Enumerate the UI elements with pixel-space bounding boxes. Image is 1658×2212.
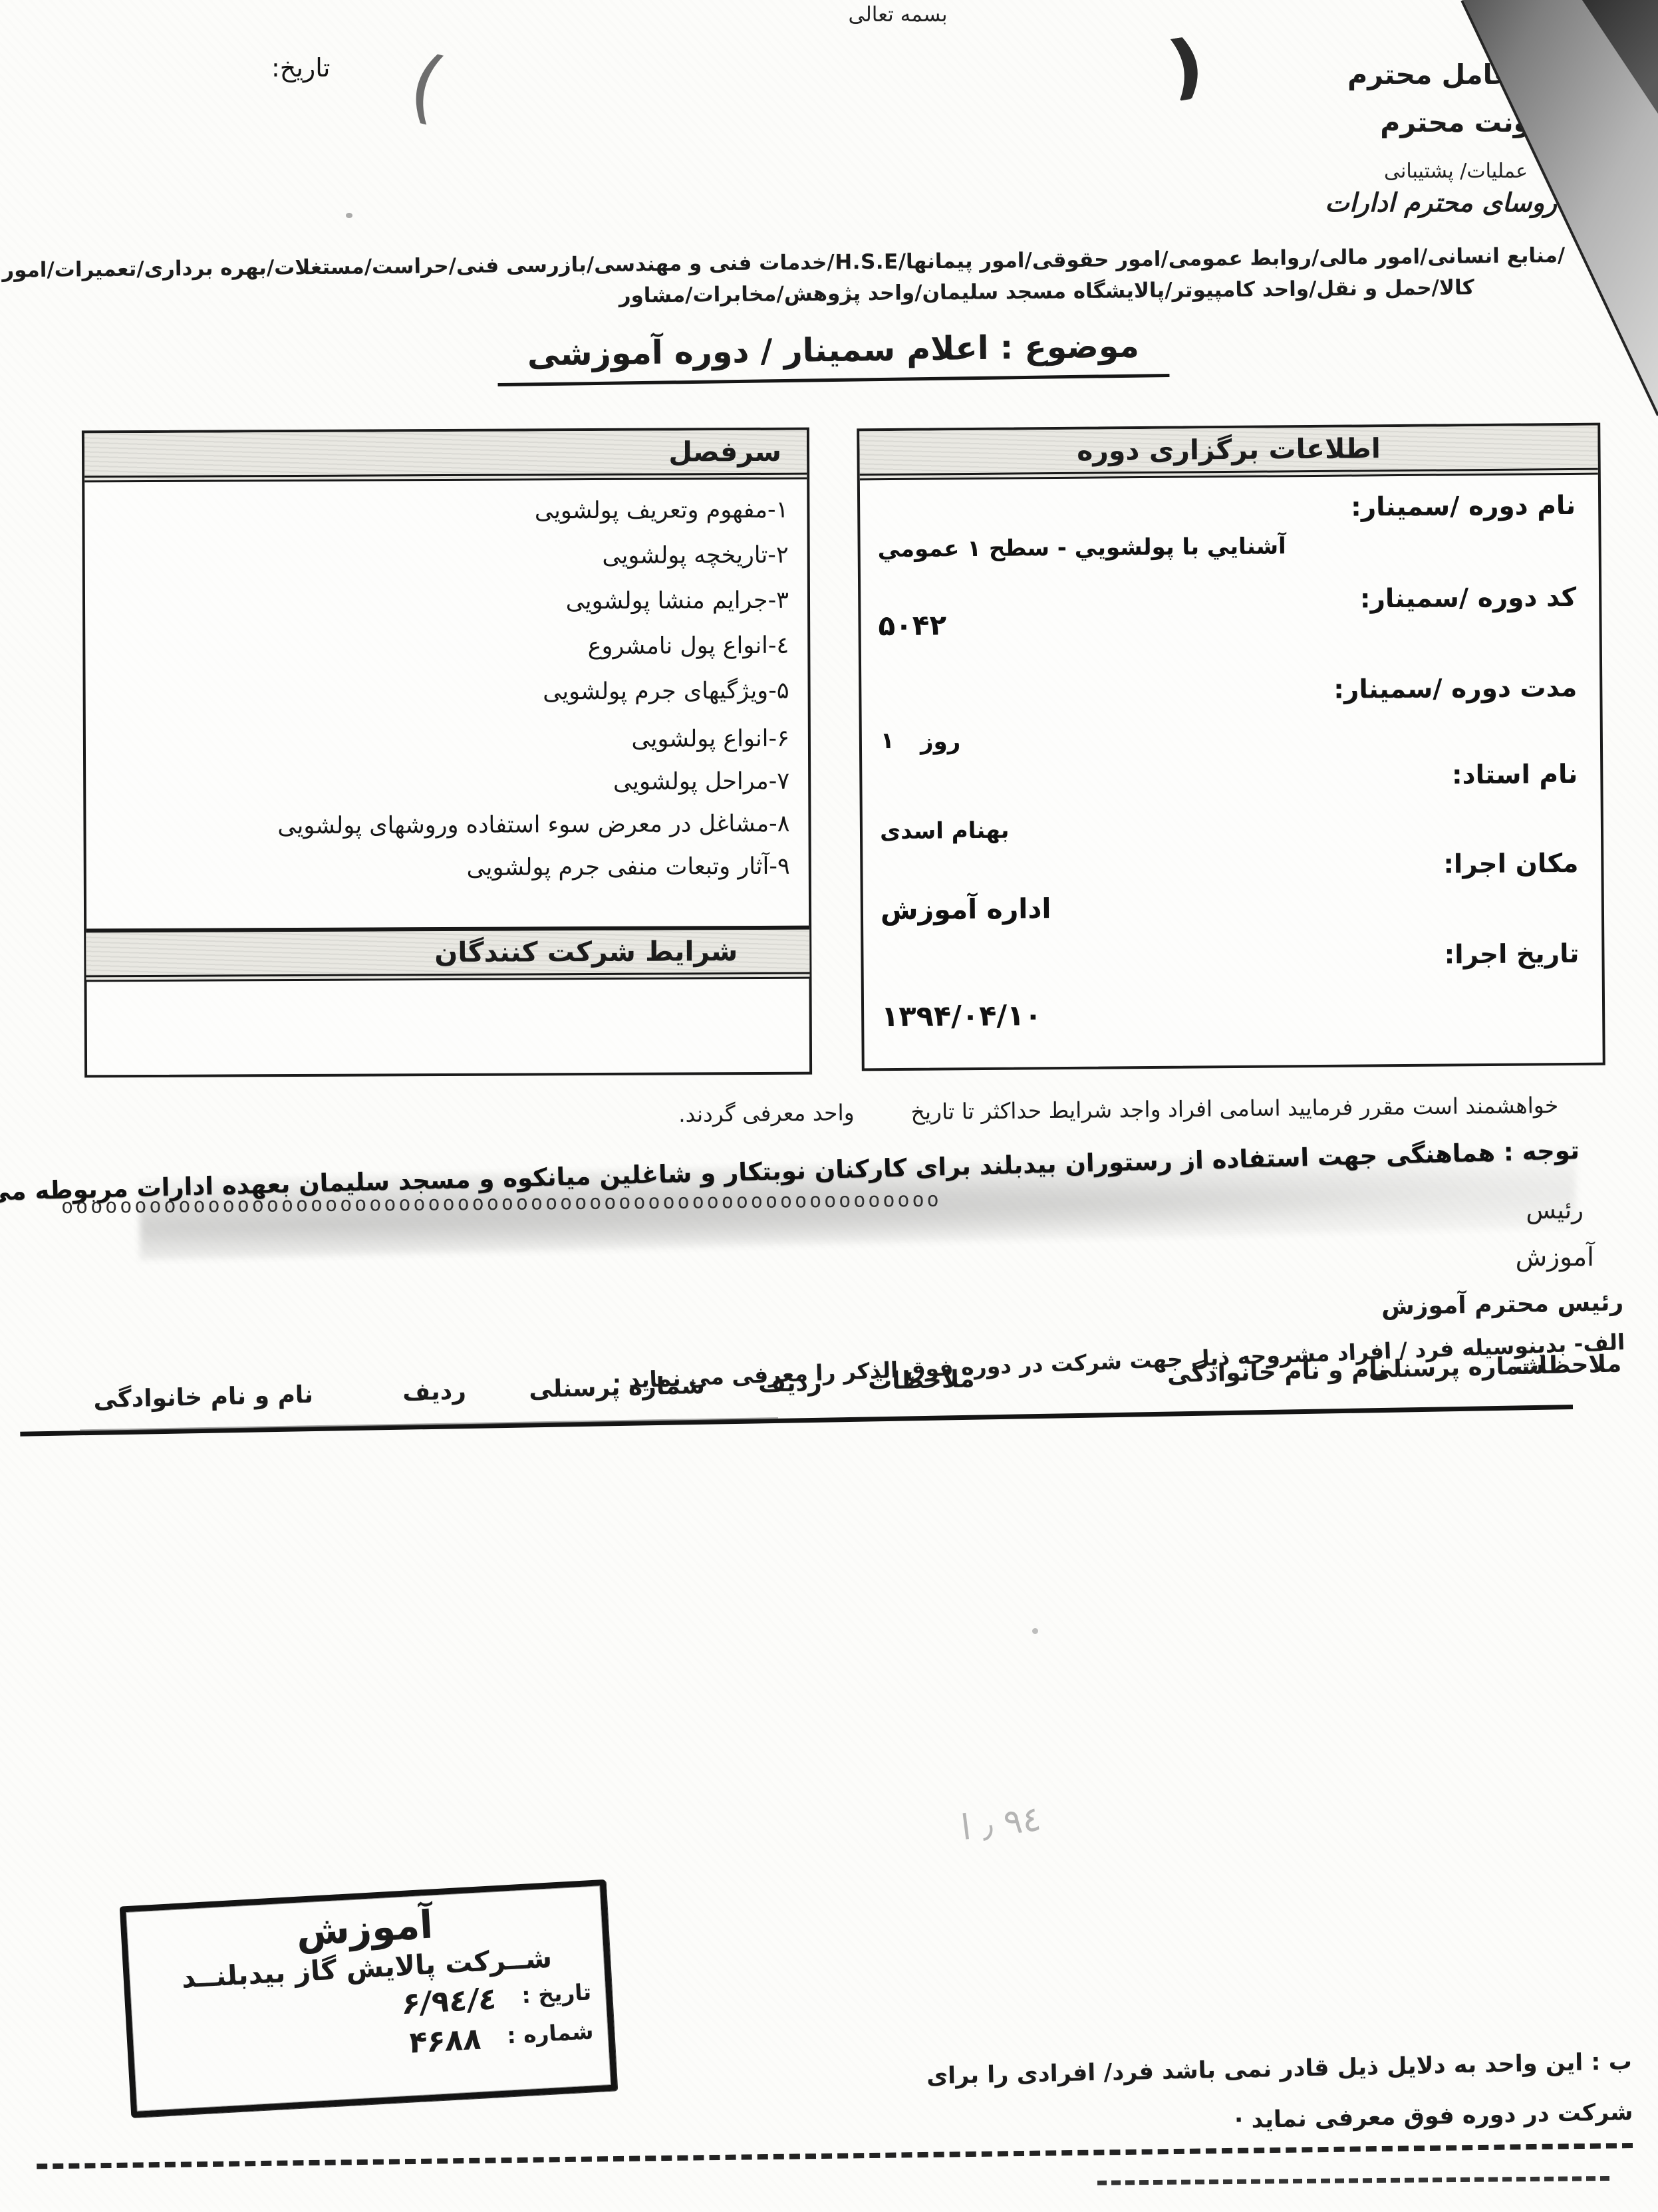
signature-title-line2: آموزش xyxy=(1516,1242,1594,1272)
date-blank xyxy=(854,1119,910,1120)
col-row-number: ردیف xyxy=(758,1369,823,1398)
subject-line: موضوع : اعلام سمینار / دوره آموزشی xyxy=(497,327,1170,386)
signature-title-line1: رئیس xyxy=(1526,1196,1584,1224)
topic-item: ۳-جرایم منشا پولشویی xyxy=(566,587,789,615)
training-office-stamp: آموزش شــرکت پالایش گاز بیدبلنــد تاریخ … xyxy=(120,1879,618,2118)
topic-item: ٤-انواع پول نامشروع xyxy=(588,632,789,660)
request-line-part2: واحد معرفی گردند. xyxy=(678,1099,855,1127)
scanned-training-announcement-page: بسمه تعالی تاریخ: ) ( مدیرعامل محترم معا… xyxy=(0,0,1658,2212)
execution-date-value: ۱۳۹۴/۰۴/۱۰ xyxy=(881,999,1042,1034)
location-label: مکان اجرا: xyxy=(1443,849,1578,880)
participant-conditions-title: شرایط شرکت کنندگان xyxy=(86,926,809,982)
stamp-number-label: شماره : xyxy=(506,2018,594,2048)
departments-line-2: کالا/حمل و نقل/واحد کامپیوتر/پالایشگاه م… xyxy=(2,275,1565,314)
topics-box: سرفصل ۱-مفهوم وتعریف پولشویی ۲-تاریخچه پ… xyxy=(82,428,812,1078)
addressee-department-heads: روسای محترم ادارات xyxy=(1325,188,1557,218)
course-name-value: آشنايي با پولشويي - سطح ۱ عمومي xyxy=(877,533,1286,563)
col-remarks: ملاحظات xyxy=(868,1365,975,1395)
col-row-number: ردیف xyxy=(402,1377,467,1406)
topic-item: ۱-مفهوم وتعریف پولشویی xyxy=(535,497,789,525)
instructor-value: بهنام اسدی xyxy=(880,817,1010,845)
course-code-value: ۵۰۴۲ xyxy=(878,609,946,642)
request-line-part1: خواهشمند است مقرر فرمایید اسامی افراد وا… xyxy=(910,1092,1558,1125)
course-name-label: نام دوره /سمینار: xyxy=(1351,491,1576,523)
topic-item: ۸-مشاغل در معرض سوء استفاده وروشهای پولش… xyxy=(277,811,789,839)
stamp-number-value: ۴۶۸۸ xyxy=(408,2020,483,2060)
scan-speck xyxy=(1032,1628,1038,1634)
course-duration-unit: روز xyxy=(920,728,961,755)
execution-date-label: تاریخ اجرا: xyxy=(1445,939,1580,970)
stamp-date-value: ۹٤/٤/۶ xyxy=(401,1981,497,2021)
topics-box-title: سرفصل xyxy=(84,430,807,483)
faint-handwriting: ۹٤ ٫ ا xyxy=(959,1799,1043,1848)
topic-item: ۵-ویژگیهای جرم پولشویی xyxy=(543,678,789,706)
col-personnel-number: شماره پرسنلی xyxy=(529,1372,706,1403)
training-head-addressee: رئیس محترم آموزش xyxy=(1381,1289,1623,1320)
dashed-cut-line xyxy=(1097,2176,1609,2185)
bismillah-text: بسمه تعالی xyxy=(821,3,974,27)
col-remarks: ملاحظات xyxy=(1514,1350,1621,1380)
course-duration-number: ۱ xyxy=(881,728,895,754)
instructor-label: نام استاد: xyxy=(1452,760,1578,790)
topic-item: ۷-مراحل پولشویی xyxy=(613,768,789,795)
departments-distribution-list: /منابع انسانی/امور مالی/روابط عمومی/امور… xyxy=(2,243,1566,314)
request-line: خواهشمند است مقرر فرمایید اسامی افراد وا… xyxy=(678,1092,1559,1127)
topic-item: ۹-آثار وتبعات منفی جرم پولشویی xyxy=(466,853,789,881)
course-info-title: اطلاعات برگزاری دوره xyxy=(859,426,1598,481)
scan-speck xyxy=(346,213,352,218)
course-info-box: اطلاعات برگزاری دوره نام دوره /سمینار: آ… xyxy=(857,423,1605,1071)
col-fullname: نام و نام خانوادگی xyxy=(93,1381,313,1414)
stamp-date-label: تاریخ : xyxy=(521,1979,592,2008)
scan-crescent-mark-icon: ( xyxy=(1163,23,1207,108)
course-code-label: کد دوره /سمینار: xyxy=(1360,583,1577,615)
section-b-line: ب : این واحد به دلایل ذیل قادر نمی باشد … xyxy=(857,2036,1633,2153)
dashed-cut-line xyxy=(37,2143,1633,2169)
addressee-operations-support: عملیات/ پشتیبانی xyxy=(1384,160,1528,183)
date-label: تاریخ: xyxy=(271,53,330,82)
col-fullname: نام و نام خانوادگی xyxy=(1167,1356,1387,1389)
topic-item: ۶-انواع پولشویی xyxy=(631,726,789,753)
scan-crescent-mark-icon: ) xyxy=(400,37,453,134)
location-value: اداره آموزش xyxy=(881,893,1051,926)
topic-item: ۲-تاریخچه پولشویی xyxy=(602,542,788,569)
course-duration-label: مدت دوره /سمینار: xyxy=(1333,673,1577,705)
